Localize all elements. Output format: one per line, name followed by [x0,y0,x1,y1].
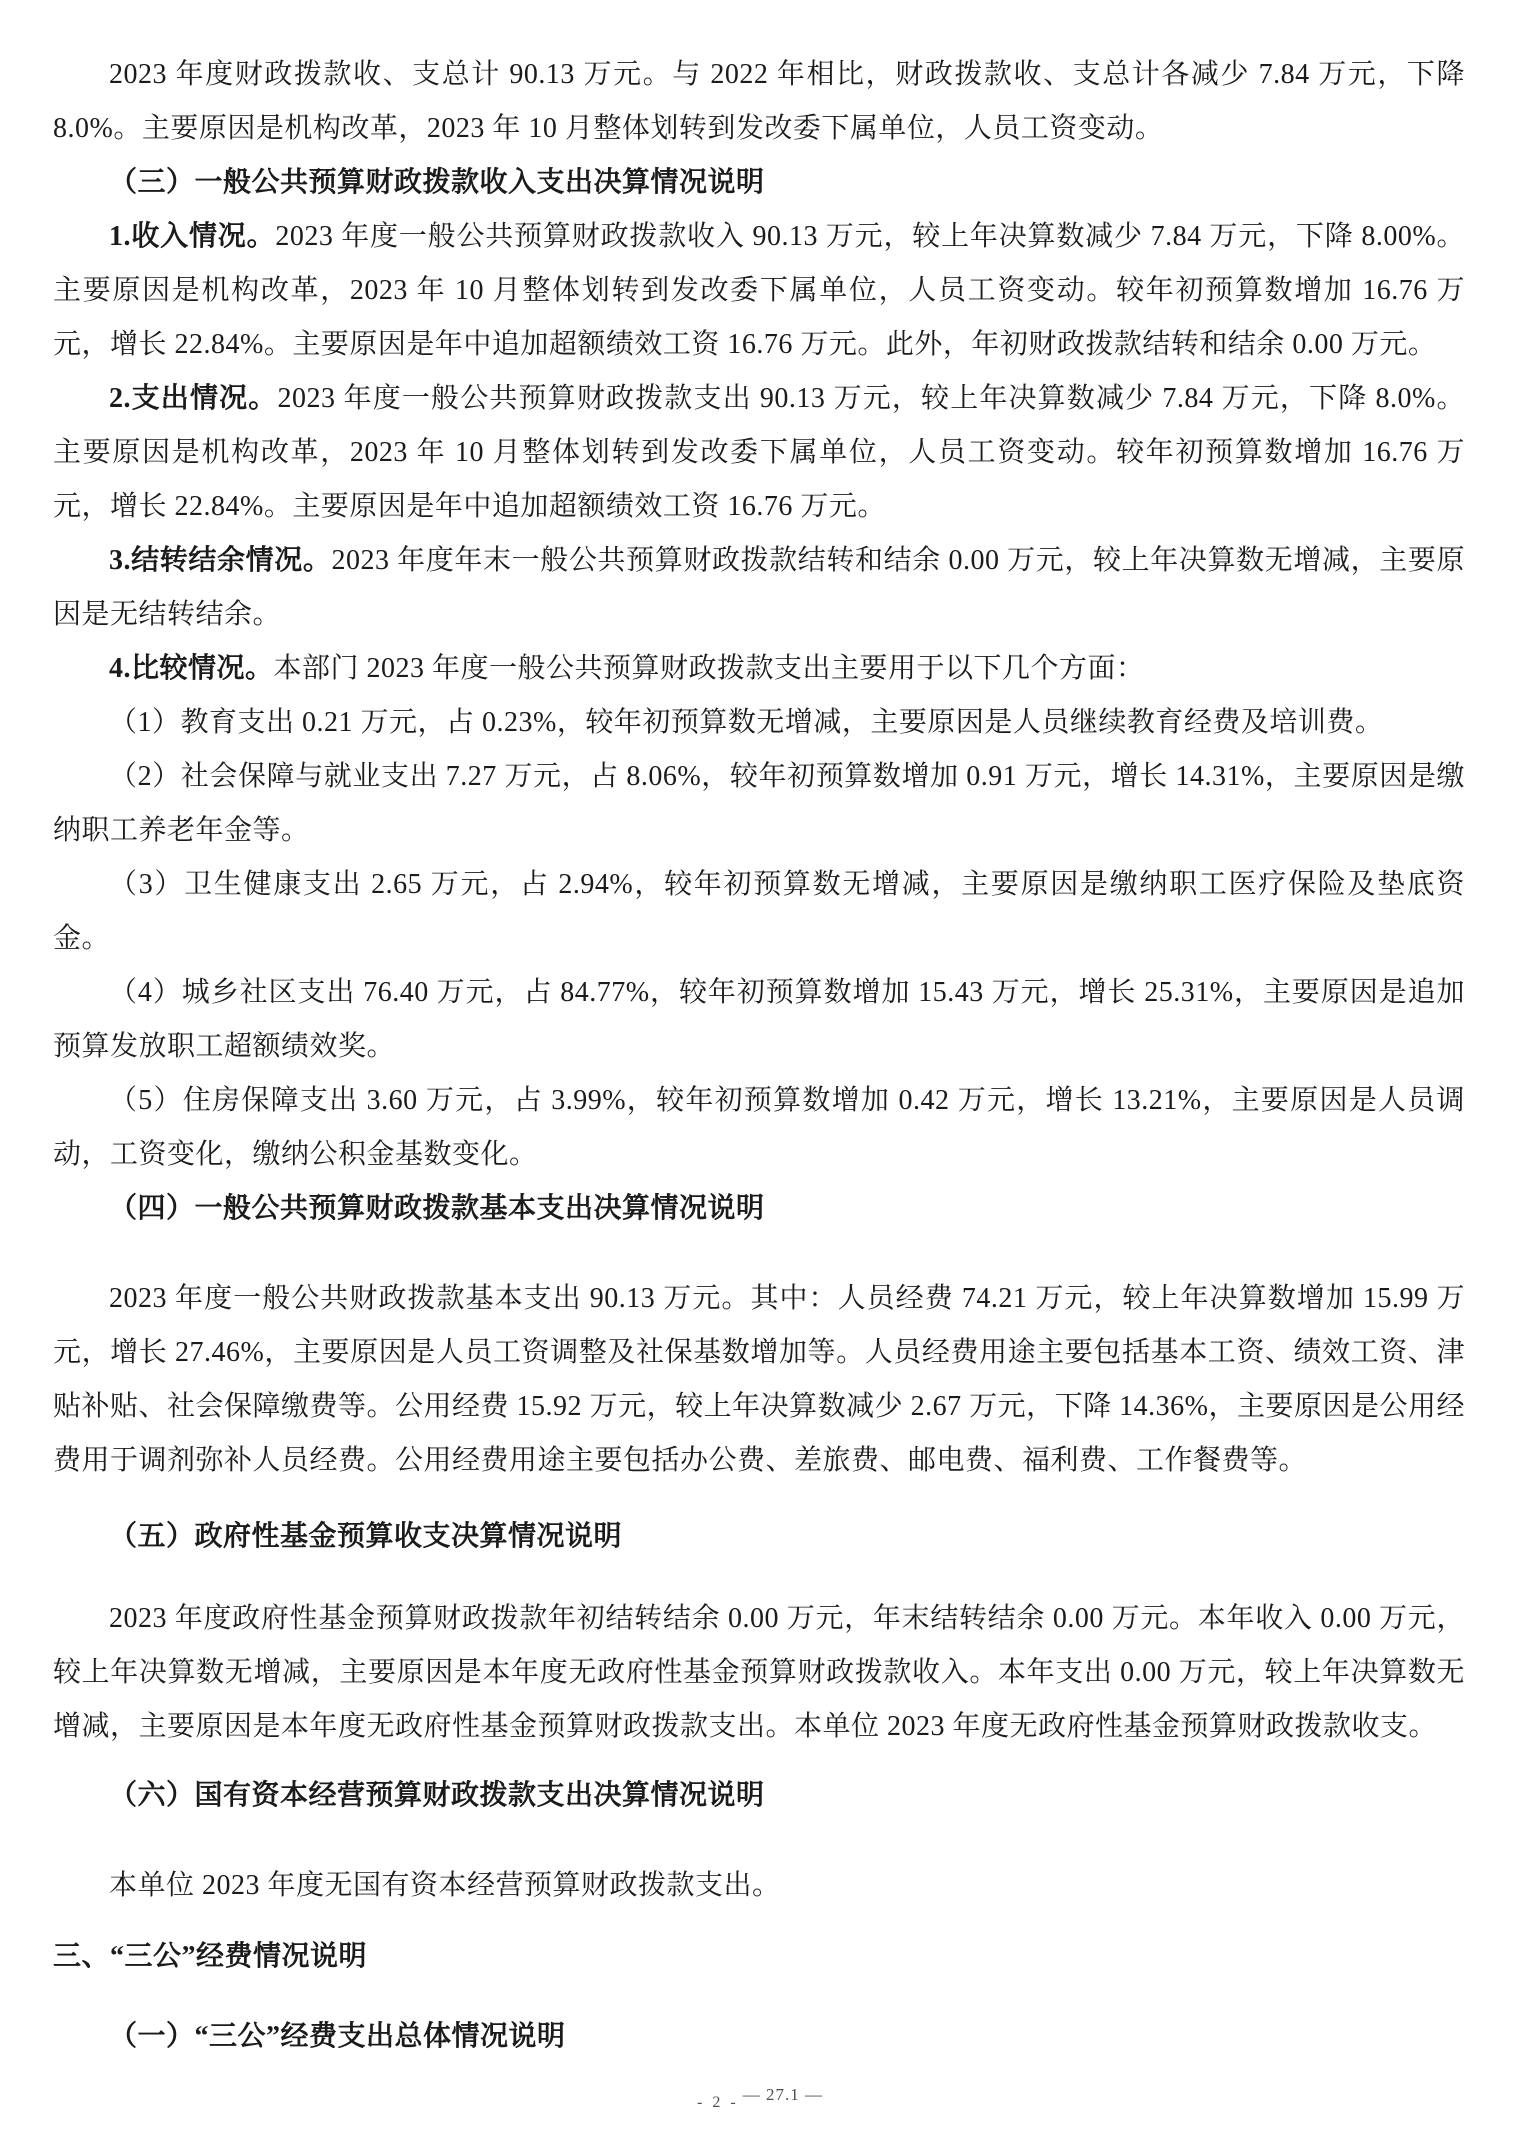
paragraph-income: 1.收入情况。2023 年度一般公共预算财政拨款收入 90.13 万元，较上年决… [53,210,1465,372]
paragraph-item-housing: （5）住房保障支出 3.60 万元，占 3.99%，较年初预算数增加 0.42 … [53,1074,1465,1182]
document-page: 2023 年度财政拨款收、支总计 90.13 万元。与 2022 年相比，财政拨… [0,0,1520,2149]
document-body: 2023 年度财政拨款收、支总计 90.13 万元。与 2022 年相比，财政拨… [0,0,1520,2064]
paragraph-state-capital: 本单位 2023 年度无国有资本经营预算财政拨款支出。 [53,1859,1465,1913]
paragraph-item-social-security: （2）社会保障与就业支出 7.27 万元，占 8.06%，较年初预算数增加 0.… [53,750,1465,858]
paragraph-comparison-lead: 4.比较情况。 [109,653,274,684]
paragraph-carryover-lead: 3.结转结余情况。 [109,545,331,576]
page-footer: - 2 -— 27.1 — [0,2092,1520,2112]
heading-part-3-sub-1: （一）“三公”经费支出总体情况说明 [53,2010,1465,2064]
paragraph-basic-expenditure: 2023 年度一般公共财政拨款基本支出 90.13 万元。其中：人员经费 74.… [53,1272,1465,1488]
paragraph-item-urban-rural: （4）城乡社区支出 76.40 万元，占 84.77%，较年初预算数增加 15.… [53,966,1465,1074]
heading-section-6: （六）国有资本经营预算财政拨款支出决算情况说明 [53,1769,1465,1823]
paragraph-carryover: 3.结转结余情况。2023 年度年末一般公共预算财政拨款结转和结余 0.00 万… [53,534,1465,642]
paragraph-expenditure: 2.支出情况。2023 年度一般公共预算财政拨款支出 90.13 万元，较上年决… [53,372,1465,534]
paragraph-income-lead: 1.收入情况。 [109,221,275,252]
heading-section-4: （四）一般公共预算财政拨款基本支出决算情况说明 [53,1182,1465,1236]
paragraph-expenditure-lead: 2.支出情况。 [109,383,277,414]
heading-section-3: （三）一般公共预算财政拨款收入支出决算情况说明 [53,156,1465,210]
paragraph-item-education: （1）教育支出 0.21 万元，占 0.23%，较年初预算数无增减，主要原因是人… [53,696,1465,750]
page-number: - 2 - [697,2094,739,2111]
paragraph-comparison-text: 本部门 2023 年度一般公共预算财政拨款支出主要用于以下几个方面： [274,653,1145,684]
paragraph-funding-summary: 2023 年度财政拨款收、支总计 90.13 万元。与 2022 年相比，财政拨… [53,48,1465,156]
paragraph-government-fund: 2023 年度政府性基金预算财政拨款年初结转结余 0.00 万元，年末结转结余 … [53,1592,1465,1754]
heading-section-5: （五）政府性基金预算收支决算情况说明 [53,1510,1465,1564]
footer-marginal-note: — 27.1 — [743,2085,823,2104]
paragraph-comparison: 4.比较情况。本部门 2023 年度一般公共预算财政拨款支出主要用于以下几个方面… [53,642,1465,696]
heading-part-3-three-public-funds: 三、“三公”经费情况说明 [53,1930,1465,1984]
paragraph-item-health: （3）卫生健康支出 2.65 万元，占 2.94%，较年初预算数无增减，主要原因… [53,858,1465,966]
